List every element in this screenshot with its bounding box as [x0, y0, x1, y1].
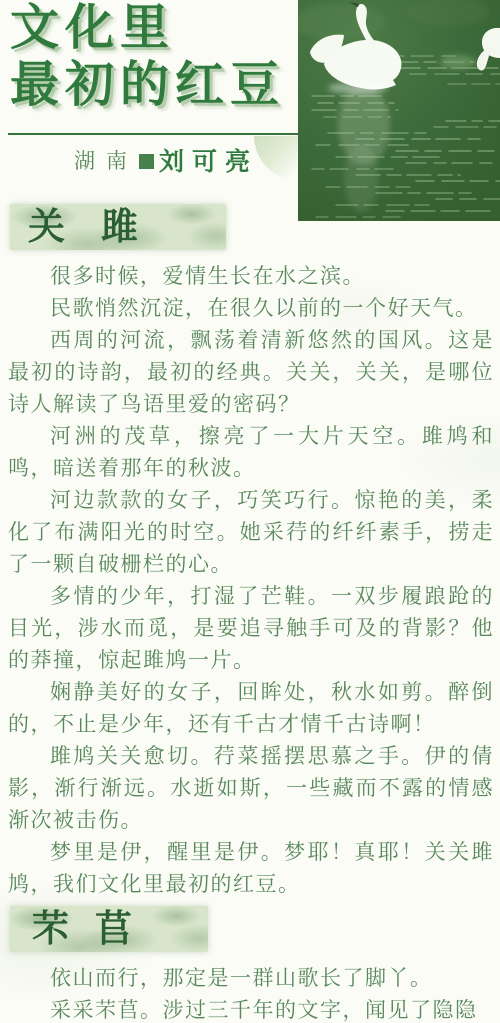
byline-region: 湖南 [74, 145, 138, 175]
corner-fan-decoration [254, 136, 298, 180]
paragraph: 河洲的茂草，擦亮了一大片天空。雎鸠和鸣，暗送着那年的秋波。 [8, 420, 494, 484]
paragraph: 河边款款的女子，巧笑巧行。惊艳的美，柔化了布满阳光的时空。她采荇的纤纤素手，捞走… [8, 484, 494, 580]
paragraph: 很多时候，爱情生长在水之滨。 [8, 260, 494, 292]
paragraph: 采采芣苢。涉过三千年的文字，闻见了隐隐 [8, 994, 494, 1023]
article-title: 文化里 最初的红豆 [10, 0, 285, 114]
paragraph: 依山而行，那定是一群山歌长了脚丫。 [8, 962, 494, 994]
section-heading-label: 关雎 [10, 204, 226, 251]
byline: 湖南 刘可亮 [74, 142, 258, 178]
paragraph: 雎鸠关关愈切。荇菜摇摆思慕之手。伊的倩影，渐行渐远。水逝如斯，一些藏而不露的情感… [8, 740, 494, 836]
section-heading-label: 芣苢 [10, 906, 208, 953]
byline-author: 刘可亮 [159, 142, 258, 178]
section-heading-fuyi: 芣苢 [10, 906, 208, 952]
article-body: 关雎 很多时候，爱情生长在水之滨。 民歌悄然沉淀，在很久以前的一个好天气。 西周… [8, 204, 494, 1023]
title-divider-rule [8, 133, 298, 135]
title-line-1: 文化里 [10, 0, 285, 57]
paragraph: 娴静美好的女子，回眸处，秋水如剪。醉倒的，不止是少年，还有千古才情千古诗啊！ [8, 676, 494, 740]
paragraph: 西周的河流，飘荡着清新悠然的国风。这是最初的诗韵，最初的经典。关关，关关，是哪位… [8, 324, 494, 420]
waterfowl-photo [298, 0, 500, 221]
title-line-2: 最初的红豆 [10, 57, 285, 114]
byline-square-icon [139, 154, 154, 169]
magazine-page: 文化里 最初的红豆 湖南 刘可亮 关雎 很多时候，爱情生长在水之滨。 民歌悄然沉… [0, 0, 500, 1023]
paragraph: 梦里是伊，醒里是伊。梦耶！真耶！关关雎鸠，我们文化里最初的红豆。 [8, 836, 494, 900]
paragraph: 民歌悄然沉淀，在很久以前的一个好天气。 [8, 292, 494, 324]
section-heading-guanju: 关雎 [10, 204, 226, 250]
paragraph: 多情的少年，打湿了芒鞋。一双步履踉跄的目光，涉水而觅，是要追寻触手可及的背影？他… [8, 580, 494, 676]
